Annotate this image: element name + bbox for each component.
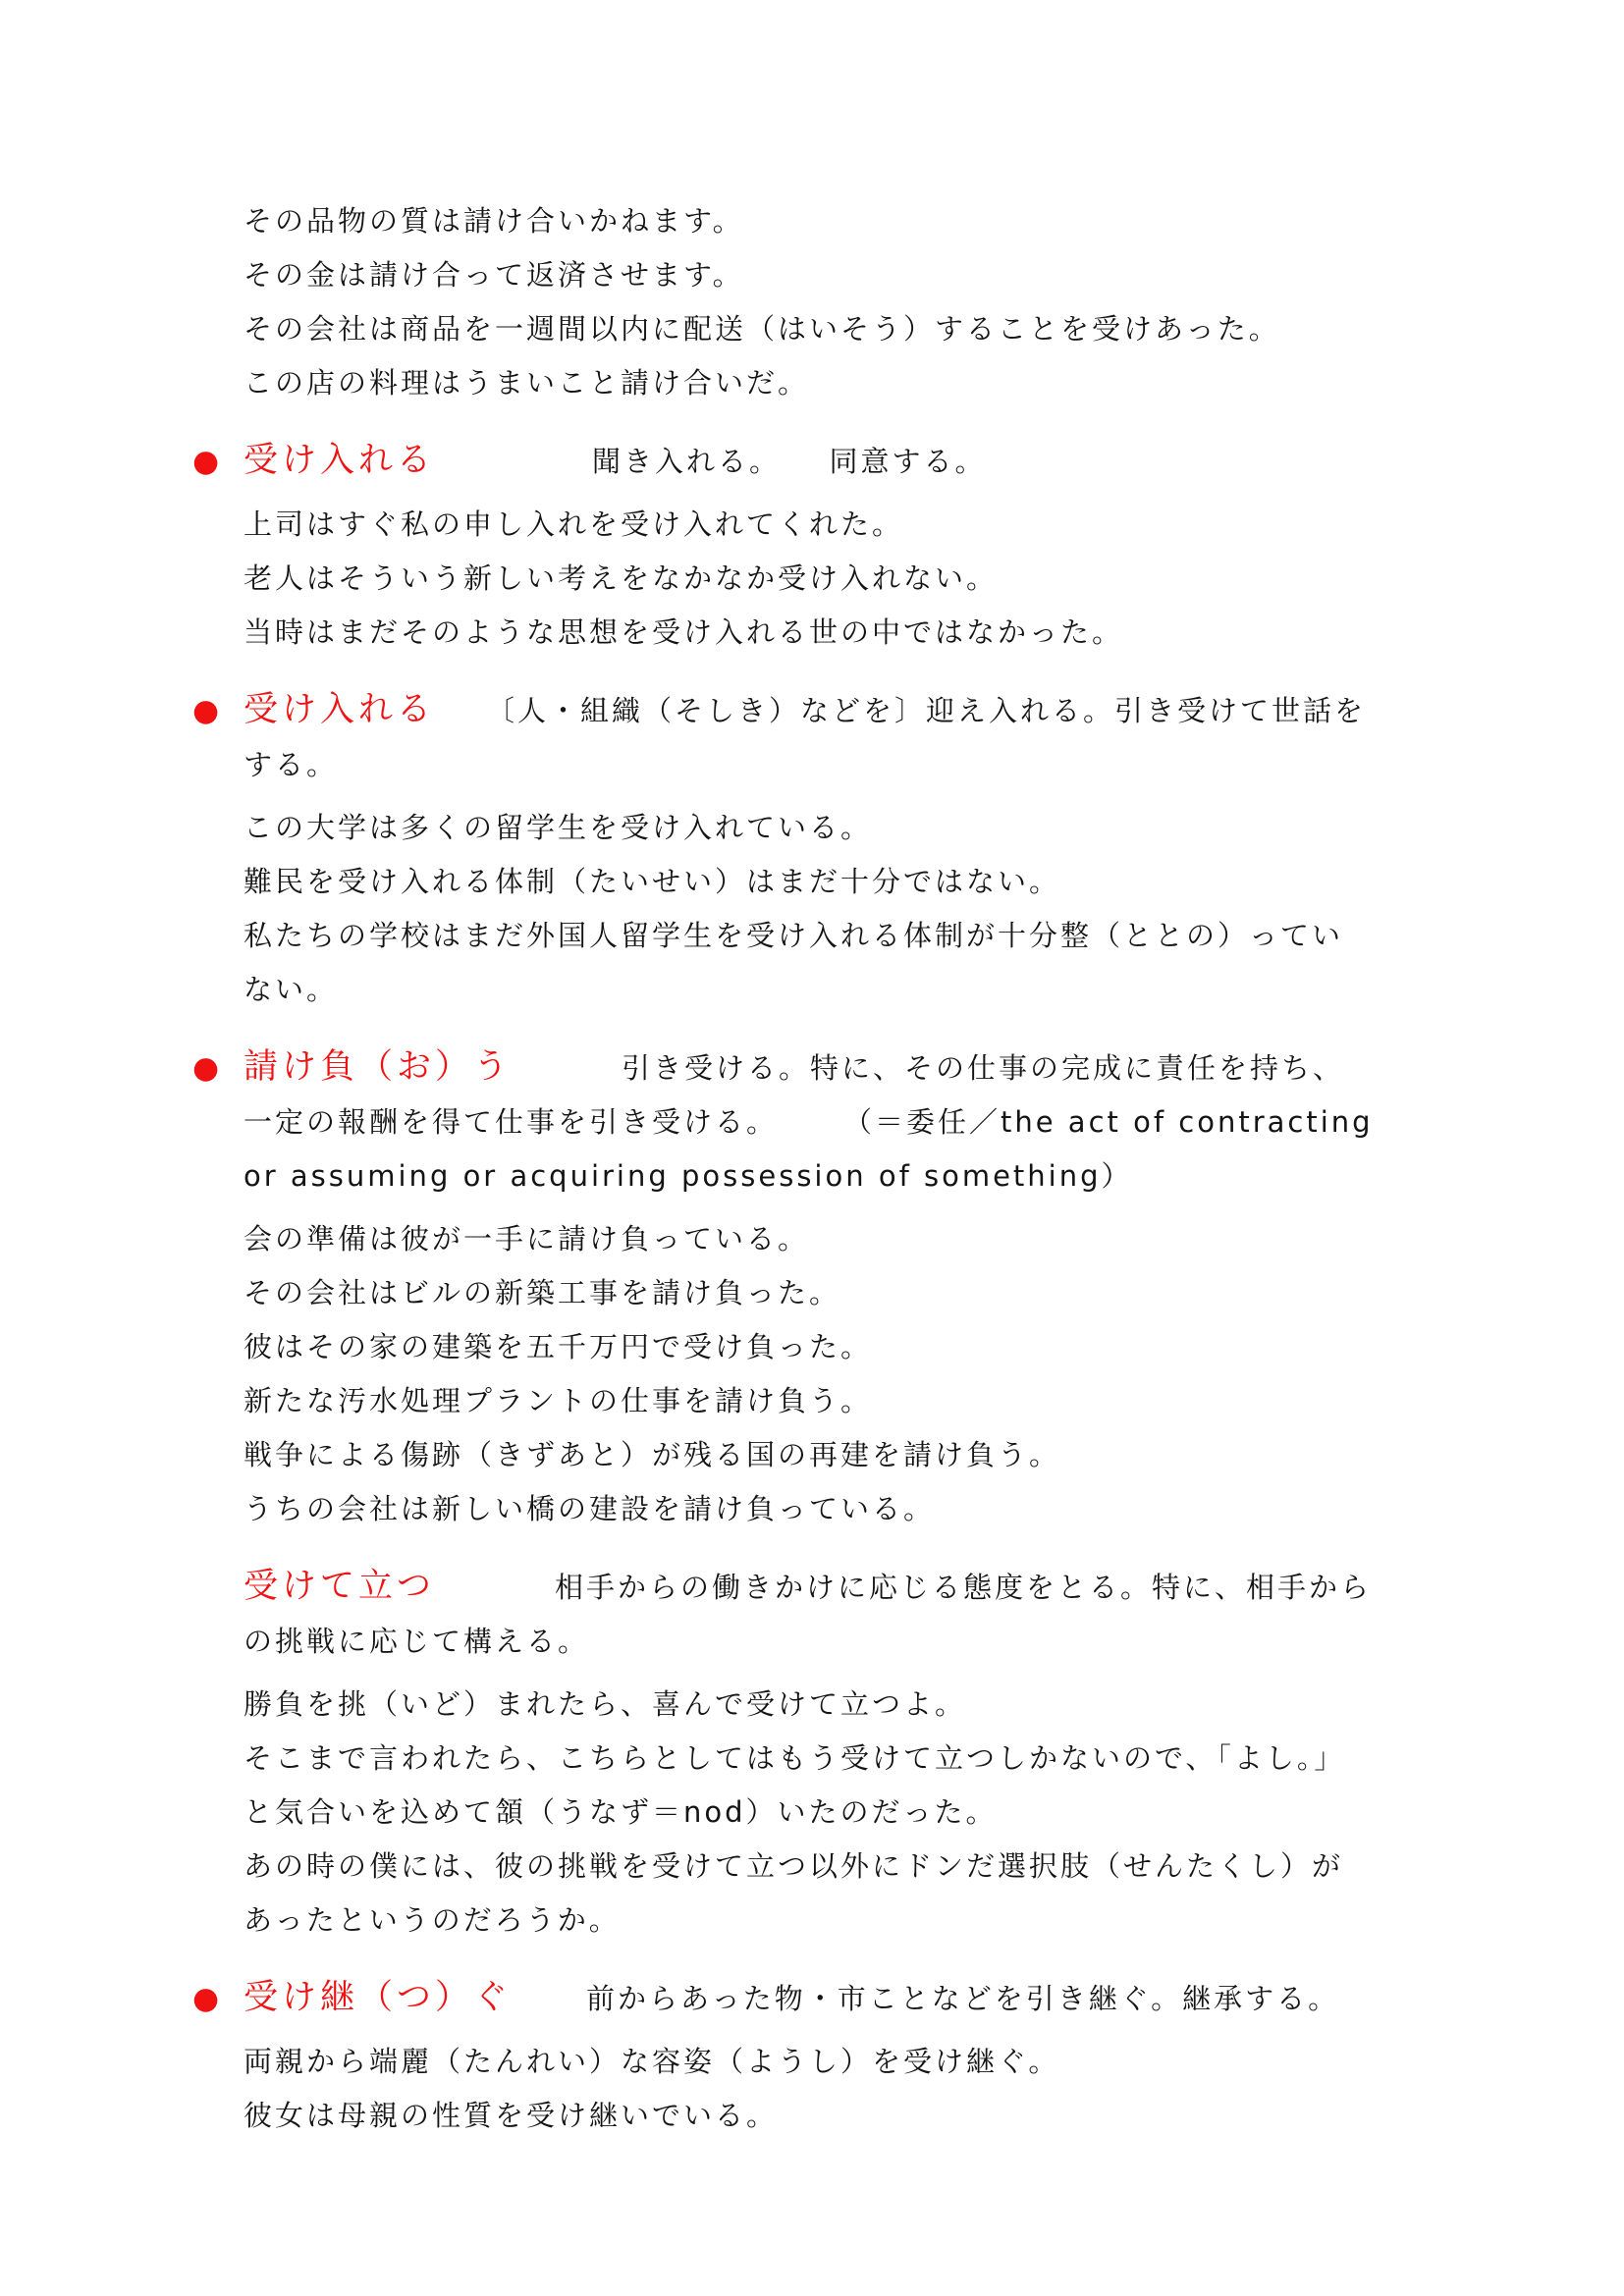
- example-sentence: 難民を受け入れる体制（たいせい）はまだ十分ではない。: [244, 855, 1500, 909]
- vocab-entry-ukeireru-1: ●受け入れる聞き入れる。 同意する。 上司はすぐ私の申し入れを受け入れてくれた。…: [244, 434, 1500, 660]
- entry-definition: 前からあった物・市ことなどを引き継ぐ。継承する。: [586, 1982, 1339, 2015]
- example-sentence: 上司はすぐ私の申し入れを受け入れてくれた。: [244, 498, 1500, 552]
- vocab-entry-ukeireru-2: ●受け入れる〔人・組織（そしき）などを〕迎え入れる。引き受けて世話を する。 こ…: [244, 683, 1500, 1017]
- entry-header: 受けて立つ相手からの働きかけに応じる態度をとる。特に、相手から の挑戦に応じて構…: [244, 1560, 1500, 1669]
- document-page: { "colors": { "accent_red": "#f01212", "…: [0, 0, 1624, 2296]
- entry-header: ●請け負（お）う引き受ける。特に、その仕事の完成に責任を持ち、 一定の報酬を得て…: [244, 1041, 1500, 1203]
- vocab-entry-uketsugu: ●受け継（つ）ぐ前からあった物・市ことなどを引き継ぐ。継承する。 両親から端麗（…: [244, 1971, 1500, 2143]
- entry-definition: 聞き入れる。 同意する。: [592, 445, 987, 478]
- example-sentence: うちの会社は新しい橋の建設を請け負っている。: [244, 1482, 1500, 1536]
- intro-example: その品物の質は請け合いかねます。: [244, 194, 1500, 248]
- bullet-icon: ●: [192, 1041, 219, 1095]
- page-content: その品物の質は請け合いかねます。 その金は請け合って返済させます。 その会社は商…: [0, 0, 1500, 2143]
- example-sentence: あの時の僕には、彼の挑戦を受けて立つ以外にドンだ選択肢（せんたくし）が あったと…: [244, 1840, 1500, 1948]
- example-sentence: 彼女は母親の性質を受け継いでいる。: [244, 2089, 1500, 2143]
- example-sentence: 彼はその家の建築を五千万円で受け負った。: [244, 1320, 1500, 1374]
- example-sentence: 会の準備は彼が一手に請け負っている。: [244, 1212, 1500, 1266]
- example-sentence: 戦争による傷跡（きずあと）が残る国の再建を請け負う。: [244, 1428, 1500, 1482]
- example-sentence: この大学は多くの留学生を受け入れている。: [244, 801, 1500, 855]
- entry-headword: 受け入れる: [244, 441, 435, 480]
- intro-examples: その品物の質は請け合いかねます。 その金は請け合って返済させます。 その会社は商…: [244, 194, 1500, 410]
- entry-headword: 受け入れる: [244, 690, 435, 729]
- example-sentence: 新たな汚水処理プラントの仕事を請け負う。: [244, 1374, 1500, 1428]
- example-sentence: 勝負を挑（いど）まれたら、喜んで受けて立つよ。: [244, 1678, 1500, 1732]
- entry-header: ●受け入れる〔人・組織（そしき）などを〕迎え入れる。引き受けて世話を する。: [244, 683, 1500, 792]
- example-sentence: その会社はビルの新築工事を請け負った。: [244, 1266, 1500, 1320]
- intro-example: その金は請け合って返済させます。: [244, 248, 1500, 302]
- entry-headword: 請け負（お）う: [244, 1047, 512, 1087]
- entry-header: ●受け継（つ）ぐ前からあった物・市ことなどを引き継ぐ。継承する。: [244, 1971, 1500, 2026]
- entry-headword: 受け継（つ）ぐ: [244, 1978, 512, 2017]
- vocab-entry-ukeou: ●請け負（お）う引き受ける。特に、その仕事の完成に責任を持ち、 一定の報酬を得て…: [244, 1041, 1500, 1536]
- entry-header: ●受け入れる聞き入れる。 同意する。: [244, 434, 1500, 489]
- example-sentence: 当時はまだそのような思想を受け入れる世の中ではなかった。: [244, 606, 1500, 660]
- bullet-icon: ●: [192, 684, 219, 738]
- intro-example: その会社は商品を一週間以内に配送（はいそう）することを受けあった。: [244, 302, 1500, 356]
- example-sentence: そこまで言われたら、こちらとしてはもう受けて立つしかないので、「よし。」 と気合…: [244, 1732, 1500, 1840]
- bullet-icon: ●: [192, 435, 219, 489]
- example-sentence: 両親から端麗（たんれい）な容姿（ようし）を受け継ぐ。: [244, 2035, 1500, 2089]
- vocab-entry-uketetatsu: 受けて立つ相手からの働きかけに応じる態度をとる。特に、相手から の挑戦に応じて構…: [244, 1560, 1500, 1948]
- example-sentence: 私たちの学校はまだ外国人留学生を受け入れる体制が十分整（ととの）ってい ない。: [244, 909, 1500, 1017]
- bullet-icon: ●: [192, 1972, 219, 2026]
- entry-headword: 受けて立つ: [244, 1567, 435, 1606]
- example-sentence: 老人はそういう新しい考えをなかなか受け入れない。: [244, 552, 1500, 606]
- intro-example: この店の料理はうまいこと請け合いだ。: [244, 356, 1500, 410]
